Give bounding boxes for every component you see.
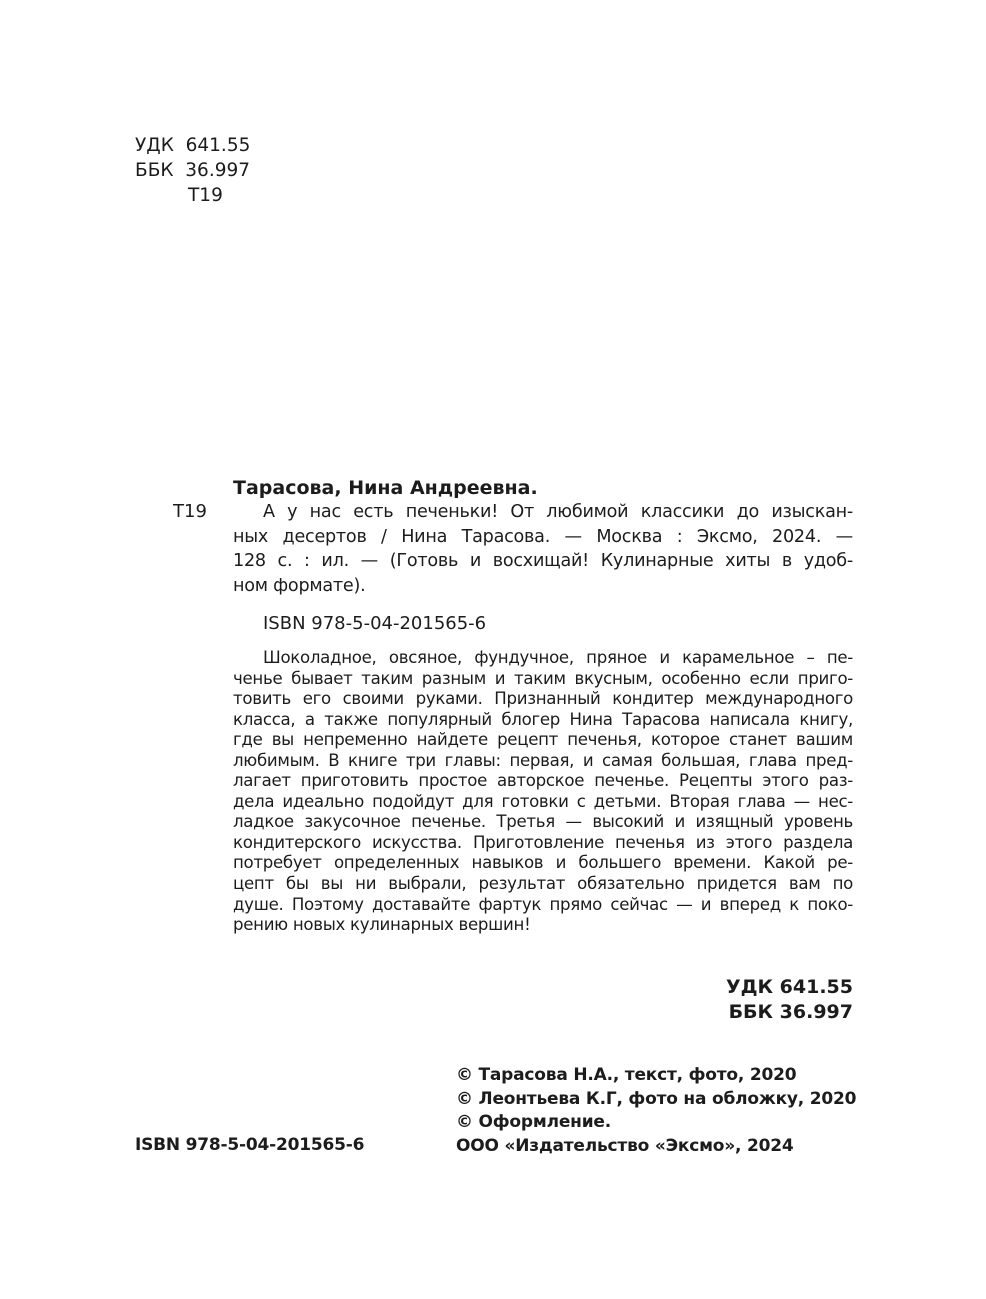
annotation-line: класса, а также популярный блогер Нина Т… bbox=[233, 710, 853, 731]
description-line: ном формате). bbox=[233, 574, 853, 599]
annotation-line: рению новых кулинарных вершин! bbox=[233, 915, 853, 936]
classification-codes-bottom: УДК 641.55 ББК 36.997 bbox=[726, 975, 853, 1025]
catalog-author-mark: Т19 bbox=[173, 500, 207, 524]
catalog-description: А у нас есть печеньки! От любимой класси… bbox=[233, 500, 853, 598]
udk-code: УДК 641.55 bbox=[135, 133, 250, 158]
annotation-line: любимым. В книге три главы: первая, и са… bbox=[233, 751, 853, 772]
annotation-line: ладкое закусочное печенье. Третья — высо… bbox=[233, 812, 853, 833]
annotation-line: потребует определенных навыков и большег… bbox=[233, 853, 853, 874]
annotation-line: лагает приготовить простое авторское печ… bbox=[233, 771, 853, 792]
description-line: 128 с. : ил. — (Готовь и восхищай! Кулин… bbox=[233, 549, 853, 574]
copyright-line: ООО «Издательство «Эксмо», 2024 bbox=[456, 1135, 856, 1159]
classification-codes-top: УДК 641.55 ББК 36.997 Т19 bbox=[135, 133, 250, 208]
book-annotation: Шоколадное, овсяное, фундучное, пряное и… bbox=[233, 648, 853, 936]
udk-code: УДК 641.55 bbox=[726, 975, 853, 1000]
author-mark: Т19 bbox=[135, 183, 250, 208]
annotation-line: цепт бы вы ни выбрали, результат обязате… bbox=[233, 874, 853, 895]
annotation-line: душе. Поэтому доставайте фартук прямо се… bbox=[233, 895, 853, 916]
bbk-code: ББК 36.997 bbox=[135, 158, 250, 183]
description-line: А у нас есть печеньки! От любимой класси… bbox=[233, 500, 853, 525]
description-line: ных десертов / Нина Тарасова. — Москва :… bbox=[233, 525, 853, 550]
copyright-line: © Леонтьева К.Г, фото на обложку, 2020 bbox=[456, 1088, 856, 1112]
catalog-isbn: ISBN 978-5-04-201565-6 bbox=[263, 612, 486, 636]
annotation-line: ченье бывает таким разным и таким вкусны… bbox=[233, 669, 853, 690]
annotation-line: где вы непременно найдете рецепт печенья… bbox=[233, 730, 853, 751]
bbk-code: ББК 36.997 bbox=[726, 1000, 853, 1025]
copyright-line: © Оформление. bbox=[456, 1111, 856, 1135]
annotation-line: дела идеально подойдут для готовки с дет… bbox=[233, 792, 853, 813]
catalog-author-heading: Тарасова, Нина Андреевна. bbox=[233, 476, 538, 500]
copyright-line: © Тарасова Н.А., текст, фото, 2020 bbox=[456, 1064, 856, 1088]
annotation-line: кондитерского искусства. Приготовление п… bbox=[233, 833, 853, 854]
copyright-block: © Тарасова Н.А., текст, фото, 2020 © Лео… bbox=[456, 1064, 856, 1158]
annotation-line: Шоколадное, овсяное, фундучное, пряное и… bbox=[233, 648, 853, 669]
annotation-line: товить его своими руками. Признанный кон… bbox=[233, 689, 853, 710]
isbn-bottom: ISBN 978-5-04-201565-6 bbox=[135, 1134, 364, 1158]
